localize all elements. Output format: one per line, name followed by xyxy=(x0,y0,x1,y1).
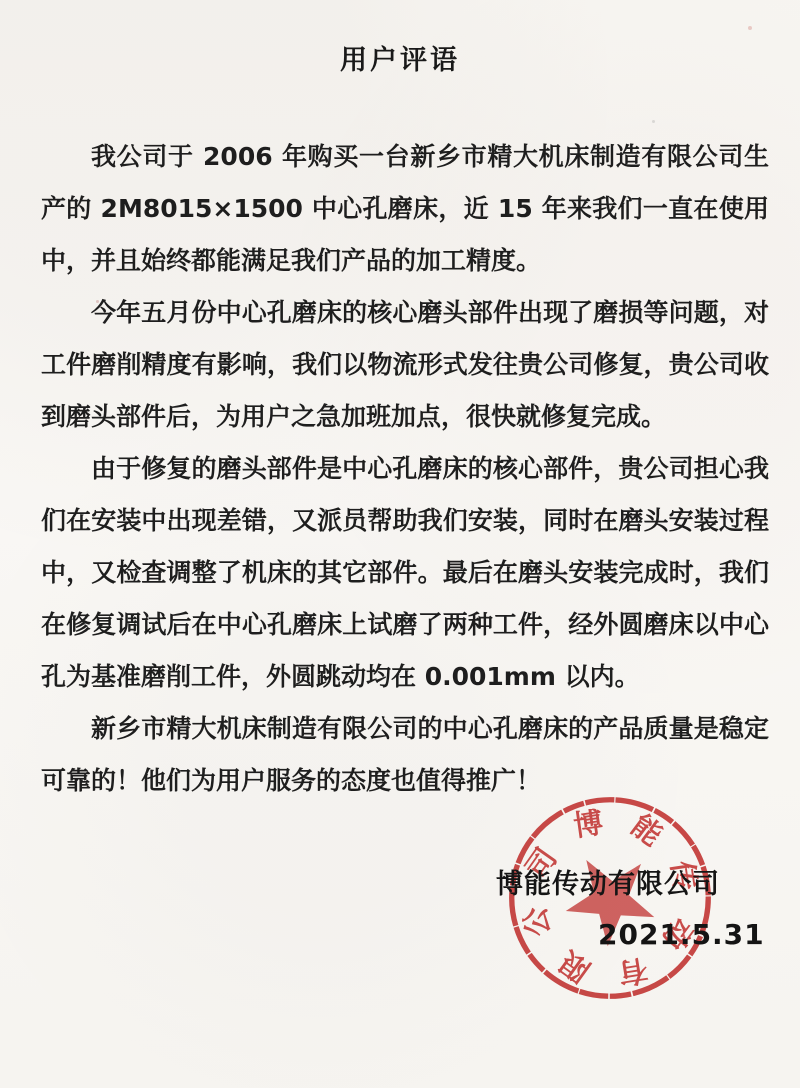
scanned-letter-page: 用户评语 我公司于 2006 年购买一台新乡市精大机床制造有限公司生产的 2M8… xyxy=(0,0,800,1088)
letter-body: 我公司于 2006 年购买一台新乡市精大机床制造有限公司生产的 2M8015×1… xyxy=(41,131,769,807)
paragraph-installation-support: 由于修复的磨头部件是中心孔磨床的核心部件，贵公司担心我们在安装中出现差错，又派员… xyxy=(41,443,769,703)
document-title: 用户评语 xyxy=(0,38,800,77)
paragraph-repair-request: 今年五月份中心孔磨床的核心磨头部件出现了磨损等问题，对工件磨削精度有影响，我们以… xyxy=(41,287,769,443)
paragraph-purchase-history: 我公司于 2006 年购买一台新乡市精大机床制造有限公司生产的 2M8015×1… xyxy=(41,131,769,287)
scan-noise-speck xyxy=(652,120,655,123)
scan-noise-speck xyxy=(748,26,752,30)
signature-date: 2021.5.31 xyxy=(598,918,765,951)
signature-company-name: 博能传动有限公司 xyxy=(496,862,720,901)
